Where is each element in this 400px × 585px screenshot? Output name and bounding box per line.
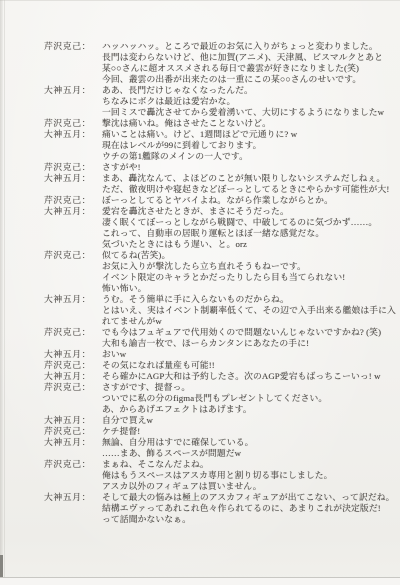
dialogue-entry: 芹沢克己：まぁね、そこなんだよね。俺はもうスペースはアスカ専用と割り切る事にしま… — [44, 459, 396, 492]
speaker-name: 芹沢克己： — [44, 162, 102, 173]
dialogue-entry: 芹沢克己：その気になれば量産も可能!! — [44, 360, 396, 371]
dialogue-line: ウチの第1艦隊のメインの一人です。 — [102, 151, 396, 162]
dialogue-line: 今回、叢雲の出番が出来たのは一重にこの某○○さんのせいです。 — [102, 74, 396, 85]
page-left-gutter-line — [4, 0, 5, 585]
dialogue-entry: 大神五月：無論、自分用はすでに確保している。……まあ、飾るスペースが問題だw — [44, 437, 396, 459]
speaker-name: 大神五月： — [44, 206, 102, 217]
dialogue-lines: そら確かにAGP大和は予約したさ。次のAGP愛宕もばっちこーいっ! w — [102, 371, 396, 382]
bottom-left-corner-mark — [0, 555, 3, 577]
speaker-name: 大神五月： — [44, 371, 102, 382]
speaker-name: 大神五月： — [44, 129, 102, 140]
dialogue-lines: 撃沈は痛いね。俺はさせたことないけど。 — [102, 118, 396, 129]
dialogue-lines: おいw — [102, 349, 396, 360]
dialogue-lines: さすがや! — [102, 162, 396, 173]
dialogue-line: お気に入りが撃沈したら立ち直れそうもねーです。 — [102, 261, 396, 272]
dialogue-entry: 大神五月：おいw — [44, 349, 396, 360]
dialogue-line: うむ。そう簡単に手に入らないものだからね。 — [102, 294, 396, 305]
scanned-page: 芹沢克己：ハッハッハッ。ところで最近のお気に入りがちょっと変わりました。長門は変… — [0, 0, 400, 585]
dialogue-entry: 大神五月：まあ、轟沈なんて、よほどのことが無い限りしないシステムだしねぇ。ただ、… — [44, 173, 396, 195]
dialogue-line: ああ、長門だけじゃなくなったんだ。 — [102, 85, 396, 96]
speaker-name: 芹沢克己： — [44, 360, 102, 371]
dialogue-lines: 無論、自分用はすでに確保している。……まあ、飾るスペースが問題だw — [102, 437, 396, 459]
dialogue-line: 似てるね(苦笑)。 — [102, 250, 396, 261]
page-bottom-line — [0, 577, 400, 578]
dialogue-line: 自分で買えw — [102, 415, 396, 426]
speaker-name: 大神五月： — [44, 349, 102, 360]
dialogue-line: 現在はレベルが99に到着しております。 — [102, 140, 396, 151]
dialogue-entry: 芹沢克己：似てるね(苦笑)。お気に入りが撃沈したら立ち直れそうもねーです。イベン… — [44, 250, 396, 294]
dialogue-line: まあ、轟沈なんて、よほどのことが無い限りしないシステムだしねぇ。 — [102, 173, 396, 184]
dialogue-line: とはいえ、実はイベント制覇率低くて、その辺で入手出来る艦娘は手に入 — [102, 305, 396, 316]
dialogue-lines: ああ、長門だけじゃなくなったんだ。ちなみにボクは最近は愛宕かな。一回ミスで轟沈さ… — [102, 85, 396, 118]
dialogue-entry: 芹沢克己：さすがや! — [44, 162, 396, 173]
dialogue-line: 撃沈は痛いね。俺はさせたことないけど。 — [102, 118, 396, 129]
dialogue-line: さすがです、提督っ。 — [102, 382, 396, 393]
dialogue-entry: 芹沢克己：ぼーっとしてるとヤバイよね。ながら作業しながらとか。 — [44, 195, 396, 206]
dialogue-lines: うむ。そう簡単に手に入らないものだからね。とはいえ、実はイベント制覇率低くて、そ… — [102, 294, 396, 327]
dialogue-line: ついでに私の分のfigma長門もプレゼントしてください。 — [102, 393, 396, 404]
dialogue-line: あ、からあげエフェクトはあげます。 — [102, 404, 396, 415]
dialogue-lines: ぼーっとしてるとヤバイよね。ながら作業しながらとか。 — [102, 195, 396, 206]
dialogue-line: そして最大の悩みは極上のアスカフィギュアが出てこない、って訳だね。 — [102, 492, 396, 503]
dialogue-entry: 大神五月：自分で買えw — [44, 415, 396, 426]
dialogue-list: 芹沢克己：ハッハッハッ。ところで最近のお気に入りがちょっと変わりました。長門は変… — [44, 41, 396, 525]
dialogue-lines: 痛いことは痛い。けど、1週間ほどで元通りに? w現在はレベルが99に到着しており… — [102, 129, 396, 162]
dialogue-entry: 大神五月：愛宕を轟沈させたときが、まさにそうだった。凄く眠くてぼーっとしながら戦… — [44, 206, 396, 250]
dialogue-line: 愛宕を轟沈させたときが、まさにそうだった。 — [102, 206, 396, 217]
speaker-name: 芹沢克己： — [44, 41, 102, 52]
dialogue-entry: 芹沢克己：でも今はフュギュアで代用効くので問題ないんじゃないですかね? (笑)大… — [44, 327, 396, 349]
speaker-name: 大神五月： — [44, 294, 102, 305]
dialogue-line: 結構エヴァってあれこれ色々作られてるのに、あまりこれが決定版だ! — [102, 503, 396, 514]
dialogue-line: さすがや! — [102, 162, 396, 173]
dialogue-line: 某○○さんに超オススメされる毎日で叢雲が好きになりました(笑) — [102, 63, 396, 74]
dialogue-line: その気になれば量産も可能!! — [102, 360, 396, 371]
speaker-name: 大神五月： — [44, 492, 102, 503]
speaker-name: 芹沢克己： — [44, 426, 102, 437]
dialogue-line: って話聞かないなぁ。 — [102, 514, 396, 525]
dialogue-entry: 大神五月：そして最大の悩みは極上のアスカフィギュアが出てこない、って訳だね。結構… — [44, 492, 396, 525]
dialogue-line: ケチ提督! — [102, 426, 396, 437]
dialogue-entry: 大神五月：そら確かにAGP大和は予約したさ。次のAGP愛宕もばっちこーいっ! w — [44, 371, 396, 382]
speaker-name: 芹沢克己： — [44, 250, 102, 261]
dialogue-entry: 大神五月：ああ、長門だけじゃなくなったんだ。ちなみにボクは最近は愛宕かな。一回ミ… — [44, 85, 396, 118]
dialogue-line: 気づいたときにはもう遅い、と。orz — [102, 239, 396, 250]
dialogue-line: 痛いことは痛い。けど、1週間ほどで元通りに? w — [102, 129, 396, 140]
speaker-name: 芹沢克己： — [44, 195, 102, 206]
speaker-name: 大神五月： — [44, 173, 102, 184]
dialogue-entry: 芹沢克己：撃沈は痛いね。俺はさせたことないけど。 — [44, 118, 396, 129]
dialogue-line: ただ、徹夜明けや寝起きなどぼーっとしてるときにやらかす可能性が大! — [102, 184, 396, 195]
dialogue-line: 凄く眠くてぼーっとしながら戦闘で、中破してるのに気づかず……。 — [102, 217, 396, 228]
dialogue-line: まぁね、そこなんだよね。 — [102, 459, 396, 470]
dialogue-entry: 芹沢克己：ケチ提督! — [44, 426, 396, 437]
dialogue-lines: まぁね、そこなんだよね。俺はもうスペースはアスカ専用と割り切る事にしました。アス… — [102, 459, 396, 492]
dialogue-lines: そして最大の悩みは極上のアスカフィギュアが出てこない、って訳だね。結構エヴァって… — [102, 492, 396, 525]
dialogue-entry: 大神五月：痛いことは痛い。けど、1週間ほどで元通りに? w現在はレベルが99に到… — [44, 129, 396, 162]
dialogue-line: 長門は変わらないけど、他に加賀(アニメ)、天津風、ビスマルクとあと — [102, 52, 396, 63]
dialogue-lines: 自分で買えw — [102, 415, 396, 426]
dialogue-line: 怖い怖い。 — [102, 283, 396, 294]
page-top-edge — [0, 0, 400, 1]
page-bottom-edge — [0, 578, 400, 585]
dialogue-line: れてませんがw — [102, 316, 396, 327]
speaker-name: 大神五月： — [44, 437, 102, 448]
dialogue-lines: ケチ提督! — [102, 426, 396, 437]
speaker-name: 芹沢克己： — [44, 382, 102, 393]
dialogue-lines: 愛宕を轟沈させたときが、まさにそうだった。凄く眠くてぼーっとしながら戦闘で、中破… — [102, 206, 396, 250]
dialogue-line: これって、自動車の居眠り運転とほぼ一緒な感覚だな。 — [102, 228, 396, 239]
dialogue-line: そら確かにAGP大和は予約したさ。次のAGP愛宕もばっちこーいっ! w — [102, 371, 396, 382]
dialogue-lines: ハッハッハッ。ところで最近のお気に入りがちょっと変わりました。長門は変わらないけ… — [102, 41, 396, 85]
speaker-name: 芹沢克己： — [44, 459, 102, 470]
dialogue-line: でも今はフュギュアで代用効くので問題ないんじゃないですかね? (笑) — [102, 327, 396, 338]
dialogue-line: 大和も諭吉一枚で、ほーらカンタンにあなたの手に! — [102, 338, 396, 349]
dialogue-line: 俺はもうスペースはアスカ専用と割り切る事にしました。 — [102, 470, 396, 481]
dialogue-line: ちなみにボクは最近は愛宕かな。 — [102, 96, 396, 107]
dialogue-lines: その気になれば量産も可能!! — [102, 360, 396, 371]
dialogue-lines: 似てるね(苦笑)。お気に入りが撃沈したら立ち直れそうもねーです。イベント限定のキ… — [102, 250, 396, 294]
dialogue-line: イベント限定のキャラとかだったりしたら目も当てられない! — [102, 272, 396, 283]
speaker-name: 大神五月： — [44, 415, 102, 426]
dialogue-line: ……まあ、飾るスペースが問題だw — [102, 448, 396, 459]
speaker-name: 芹沢克己： — [44, 327, 102, 338]
dialogue-line: 一回ミスで轟沈させてから愛着湧いて、大切にするようになりましたw — [102, 107, 396, 118]
dialogue-line: ぼーっとしてるとヤバイよね。ながら作業しながらとか。 — [102, 195, 396, 206]
dialogue-entry: 大神五月：うむ。そう簡単に手に入らないものだからね。とはいえ、実はイベント制覇率… — [44, 294, 396, 327]
dialogue-lines: さすがです、提督っ。ついでに私の分のfigma長門もプレゼントしてください。あ、… — [102, 382, 396, 415]
dialogue-entry: 芹沢克己：ハッハッハッ。ところで最近のお気に入りがちょっと変わりました。長門は変… — [44, 41, 396, 85]
speaker-name: 芹沢克己： — [44, 118, 102, 129]
dialogue-line: おいw — [102, 349, 396, 360]
dialogue-line: ハッハッハッ。ところで最近のお気に入りがちょっと変わりました。 — [102, 41, 396, 52]
speaker-name: 大神五月： — [44, 85, 102, 96]
dialogue-line: アスカ以外のフィギュアは買いません。 — [102, 481, 396, 492]
dialogue-lines: でも今はフュギュアで代用効くので問題ないんじゃないですかね? (笑)大和も諭吉一… — [102, 327, 396, 349]
dialogue-line: 無論、自分用はすでに確保している。 — [102, 437, 396, 448]
page-left-edge — [0, 0, 3, 585]
dialogue-entry: 芹沢克己：さすがです、提督っ。ついでに私の分のfigma長門もプレゼントしてくだ… — [44, 382, 396, 415]
dialogue-lines: まあ、轟沈なんて、よほどのことが無い限りしないシステムだしねぇ。ただ、徹夜明けや… — [102, 173, 396, 195]
